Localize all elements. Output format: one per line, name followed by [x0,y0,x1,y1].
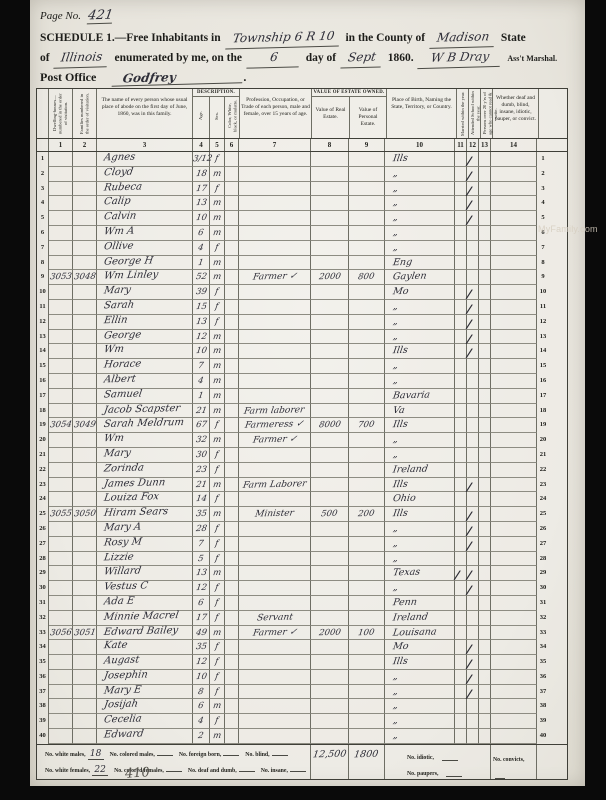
cannot-read-cell [479,463,491,478]
name-cell: Edward [97,729,193,744]
family-number-cell [73,448,97,463]
deaf-dumb-cell [491,552,537,567]
real-estate-cell [311,729,349,744]
of-label: of [40,52,50,64]
deaf-dumb-cell [491,714,537,729]
sex-cell: f [210,241,225,256]
page-number-line: Page No. 421 [40,8,576,24]
row-number-right: 2 [537,167,549,182]
census-row: 6 Wm A 6 m „ 6 [37,226,567,241]
school-check-cell: / [467,640,479,655]
census-row: 18 Jacob Scapster 21 m Farm laborer Va 1… [37,404,567,419]
married-check-cell [455,344,467,359]
family-number-cell [73,685,97,700]
row-number-left: 15 [37,359,49,374]
birthplace-cell: „ [385,196,455,211]
sex-cell: m [210,211,225,226]
deaf-dumb-label: No. deaf and dumb, [188,768,237,774]
color-cell [225,596,239,611]
family-number-cell [73,492,97,507]
census-row: 13 George 12 m „ / 13 [37,330,567,345]
foreign-born-label: No. foreign born, [179,752,221,758]
footer-line-2: No. white females,22 No. colored females… [45,763,308,777]
family-number-cell [73,433,97,448]
insane-label: No. insane, [261,768,288,774]
col-header-profession: Profession, Occupation, or Trade of each… [240,89,312,138]
occupation-cell [239,167,311,182]
cannot-read-cell [479,522,491,537]
dwelling-number-cell [49,581,73,596]
school-check-cell [467,626,479,641]
color-cell [225,152,239,167]
cannot-read-cell [479,478,491,493]
married-check-cell [455,670,467,685]
name-cell: Vestus C [97,581,193,596]
cannot-read-cell [479,640,491,655]
occupation-cell [239,537,311,552]
sex-cell: f [210,537,225,552]
birthplace-cell: „ [385,167,455,182]
row-number-right: 3 [537,182,549,197]
sex-cell: m [210,226,225,241]
name-cell: Albert [97,374,193,389]
real-estate-cell [311,256,349,271]
deaf-dumb-cell [491,344,537,359]
school-check-cell [467,611,479,626]
row-number-right: 30 [537,581,549,596]
sex-cell: f [210,552,225,567]
name-cell: Wm [97,344,193,359]
dwelling-number-cell [49,552,73,567]
family-number-cell [73,389,97,404]
row-number-gutter-right-header [539,89,551,138]
insane-value [290,771,306,772]
census-row: 11 Sarah 15 f „ / 11 [37,300,567,315]
school-check-cell: / [467,522,479,537]
color-cell [225,182,239,197]
census-row: 28 Lizzie 5 f „ 28 [37,552,567,567]
dwelling-number-cell [49,374,73,389]
married-check-cell: / [455,566,467,581]
real-estate-total: 12,500 [311,745,349,779]
deaf-dumb-cell [491,685,537,700]
personal-estate-cell [349,152,385,167]
sex-cell: f [210,670,225,685]
family-number-cell [73,404,97,419]
cannot-read-cell [479,507,491,522]
census-row: 27 Rosy M 7 f „ / 27 [37,537,567,552]
row-number-right: 34 [537,640,549,655]
census-row: 24 Louiza Fox 14 f Ohio 24 [37,492,567,507]
schedule-title-line: SCHEDULE 1.—Free Inhabitants in Township… [40,28,576,68]
col-num-3: 3 [97,139,193,151]
real-estate-cell [311,404,349,419]
row-number-right: 16 [537,374,549,389]
school-check-cell: / [467,507,479,522]
age-cell: 2 [193,729,210,744]
birthplace-cell: Penn [385,596,455,611]
color-cell [225,359,239,374]
color-cell [225,433,239,448]
convicts-value [495,778,505,779]
personal-estate-cell [349,285,385,300]
sex-cell: f [210,640,225,655]
cannot-read-cell [479,152,491,167]
family-number-cell [73,463,97,478]
birthplace-cell: Va [385,404,455,419]
name-cell: Sarah [97,300,193,315]
census-row: 17 Samuel 1 m Bavaria 17 [37,389,567,404]
occupation-cell [239,655,311,670]
married-check-cell [455,729,467,744]
day-handwritten: 6 [246,47,301,68]
deaf-dumb-cell [491,374,537,389]
school-check-cell: / [467,152,479,167]
family-number-cell: 3049 [73,418,97,433]
census-row: 23 James Dunn 21 m Farm Laborer Ills / 2… [37,478,567,493]
blind-label: No. blind, [245,752,269,758]
married-check-cell [455,522,467,537]
school-check-cell [467,256,479,271]
name-cell: Calvin [97,211,193,226]
census-row: 25 3055 3050 Hiram Sears 35 m Minister 5… [37,507,567,522]
personal-estate-cell [349,448,385,463]
occupation-cell [239,285,311,300]
col-num-4: 4 [193,139,210,151]
deaf-dumb-cell [491,448,537,463]
occupation-cell [239,374,311,389]
sex-cell: m [210,167,225,182]
cannot-read-cell [479,448,491,463]
birthplace-cell: „ [385,552,455,567]
row-number-right: 19 [537,418,549,433]
census-row: 26 Mary A 28 f „ / 26 [37,522,567,537]
col-header-dwelling: Dwelling-houses— numbered in the order o… [49,89,73,138]
sex-cell: f [210,182,225,197]
school-check-cell: / [467,581,479,596]
sex-cell: f [210,418,225,433]
age-cell: 13 [193,315,210,330]
census-row: 7 Ollive 4 f „ 7 [37,241,567,256]
census-row: 29 Willard 13 m Texas / / 29 [37,566,567,581]
white-females-value: 22 [92,766,108,776]
row-number-left: 12 [37,315,49,330]
family-number-cell: 3050 [73,507,97,522]
occupation-cell: Farmer ✓ [239,270,311,285]
family-number-cell [73,640,97,655]
name-cell: Rosy M [97,537,193,552]
row-number-right: 25 [537,507,549,522]
married-check-cell [455,374,467,389]
census-row: 32 Minnie Macrel 17 f Servant Ireland 32 [37,611,567,626]
dwelling-number-cell [49,330,73,345]
dwelling-number-cell [49,300,73,315]
color-cell [225,463,239,478]
sex-cell: f [210,463,225,478]
school-check-cell: / [467,211,479,226]
school-check-cell [467,389,479,404]
birthplace-cell: Mo [385,285,455,300]
row-number-right: 7 [537,241,549,256]
name-cell: Kate [97,640,193,655]
sex-cell: f [210,714,225,729]
age-cell: 35 [193,640,210,655]
birthplace-cell: „ [385,670,455,685]
scan-black-border-right [585,0,606,800]
occupation-cell [239,300,311,315]
day-of-label: day of [306,52,336,64]
birthplace-cell: Ohio [385,492,455,507]
color-cell [225,226,239,241]
cannot-read-cell [479,581,491,596]
dwelling-number-cell [49,315,73,330]
township-handwritten: Township 6 R 10 [225,27,342,50]
colored-males-value [157,755,173,756]
personal-estate-cell [349,655,385,670]
personal-estate-cell [349,211,385,226]
row-number-left: 16 [37,374,49,389]
occupation-cell: Farm Laborer [239,478,311,493]
footer-tallies-left: No. white males,18 No. colored males, No… [37,745,311,779]
colored-females-value [166,771,182,772]
row-number-left: 11 [37,300,49,315]
sex-cell: f [210,492,225,507]
col-header-personal-estate: Value of Personal Estate. [350,97,386,138]
row-number-right: 18 [537,404,549,419]
real-estate-cell [311,359,349,374]
scan-black-border-bottom [0,786,606,800]
age-cell: 12 [193,581,210,596]
occupation-cell: Farmer ✓ [239,433,311,448]
row-number-left: 36 [37,670,49,685]
sex-cell: f [210,581,225,596]
married-check-cell [455,596,467,611]
color-cell [225,285,239,300]
real-estate-cell [311,285,349,300]
dwelling-number-cell [49,389,73,404]
personal-estate-cell [349,492,385,507]
age-cell: 4 [193,241,210,256]
occupation-cell: Farmer ✓ [239,626,311,641]
real-estate-cell [311,552,349,567]
school-check-cell: / [467,167,479,182]
real-estate-cell [311,566,349,581]
birthplace-cell: Ills [385,507,455,522]
color-cell [225,315,239,330]
real-estate-cell [311,330,349,345]
real-estate-cell: 2000 [311,270,349,285]
footer-gutter-right [537,745,549,779]
personal-estate-cell [349,729,385,744]
personal-estate-cell [349,685,385,700]
sex-cell: f [210,596,225,611]
cannot-read-cell [479,418,491,433]
name-cell: Louiza Fox [97,492,193,507]
married-check-cell [455,552,467,567]
name-cell: Cloyd [97,167,193,182]
occupation-cell [239,315,311,330]
row-number-left: 1 [37,152,49,167]
row-number-left: 6 [37,226,49,241]
married-check-cell [455,256,467,271]
table-header: Dwelling-houses— numbered in the order o… [37,89,567,139]
color-cell [225,404,239,419]
sex-cell: f [210,611,225,626]
state-label: State [501,32,526,44]
cannot-read-cell [479,611,491,626]
name-cell: George H [97,256,193,271]
real-estate-cell [311,714,349,729]
personal-estate-cell [349,182,385,197]
real-estate-cell [311,463,349,478]
cannot-read-cell [479,182,491,197]
real-estate-cell [311,196,349,211]
deaf-dumb-cell [491,389,537,404]
col-header-name: The name of every person whose usual pla… [97,89,193,138]
birthplace-cell: Louisana [385,626,455,641]
census-row: 33 3056 3051 Edward Bailey 49 m Farmer ✓… [37,626,567,641]
row-number-right: 14 [537,344,549,359]
description-group: Description. Age. Sex. Color, White, bla… [193,89,240,138]
row-number-left: 27 [37,537,49,552]
cannot-read-cell [479,433,491,448]
row-number-right: 10 [537,285,549,300]
row-number-right: 15 [537,359,549,374]
name-cell: Wm A [97,226,193,241]
row-number-left: 9 [37,270,49,285]
married-check-cell [455,507,467,522]
family-number-cell [73,374,97,389]
birthplace-cell: Ills [385,418,455,433]
sex-cell: f [210,448,225,463]
dwelling-number-cell [49,714,73,729]
page-number-value: 421 [86,8,113,25]
deaf-dumb-cell [491,699,537,714]
real-estate-cell [311,611,349,626]
color-cell [225,507,239,522]
dwelling-number-cell [49,566,73,581]
married-check-cell [455,389,467,404]
deaf-dumb-cell [491,285,537,300]
color-cell [225,448,239,463]
enumerated-label: enumerated by me, on the [115,52,242,64]
color-cell [225,374,239,389]
color-cell [225,699,239,714]
family-number-cell [73,315,97,330]
birthplace-cell: „ [385,359,455,374]
sex-cell: m [210,359,225,374]
real-estate-cell [311,211,349,226]
col-header-deaf-dumb: Whether deaf and dumb, blind, insane, id… [493,89,539,138]
married-check-cell [455,315,467,330]
marshal-title-label: Ass't Marshal. [507,54,557,63]
deaf-dumb-cell [491,492,537,507]
age-cell: 4 [193,374,210,389]
dwelling-number-cell [49,611,73,626]
state-handwritten: Illinois [54,47,110,68]
age-cell: 10 [193,344,210,359]
row-number-right: 4 [537,196,549,211]
deaf-dumb-cell [491,670,537,685]
col-header-age: Age. [193,97,210,138]
census-row: 21 Mary 30 f „ 21 [37,448,567,463]
school-check-cell: / [467,670,479,685]
col-num-6: 6 [225,139,239,151]
family-number-cell [73,344,97,359]
married-check-cell [455,655,467,670]
real-estate-cell [311,670,349,685]
school-check-cell [467,418,479,433]
age-cell: 49 [193,626,210,641]
occupation-cell [239,448,311,463]
color-cell [225,552,239,567]
table-body: 1 Agnes 3/12 f Ills / 1 2 Cloy [37,152,567,744]
married-check-cell [455,699,467,714]
row-number-left: 3 [37,182,49,197]
real-estate-cell [311,581,349,596]
cannot-read-cell [479,655,491,670]
row-number-right: 17 [537,389,549,404]
age-cell: 15 [193,300,210,315]
cannot-read-cell [479,626,491,641]
real-estate-cell [311,344,349,359]
post-office-handwritten: Godfrey [112,68,245,86]
married-check-cell [455,626,467,641]
married-check-cell [455,418,467,433]
age-cell: 6 [193,699,210,714]
age-cell: 13 [193,566,210,581]
census-row: 35 Augast 12 f Ills / 35 [37,655,567,670]
personal-estate-cell [349,315,385,330]
cannot-read-cell [479,729,491,744]
row-number-left: 35 [37,655,49,670]
real-estate-cell [311,167,349,182]
married-check-cell [455,196,467,211]
cannot-read-cell [479,241,491,256]
row-number-left: 10 [37,285,49,300]
color-cell [225,330,239,345]
cannot-read-cell [479,211,491,226]
post-office-line: Post Office Godfrey. [40,70,576,85]
cannot-read-cell [479,492,491,507]
married-check-cell [455,330,467,345]
sex-cell: f [210,152,225,167]
dwelling-number-cell [49,152,73,167]
sex-cell: m [210,729,225,744]
dwelling-number-cell [49,359,73,374]
deaf-dumb-cell [491,182,537,197]
school-check-cell: / [467,285,479,300]
personal-estate-cell [349,640,385,655]
married-check-cell [455,359,467,374]
row-number-right: 32 [537,611,549,626]
sex-cell: f [210,685,225,700]
personal-estate-cell [349,611,385,626]
deaf-dumb-cell [491,566,537,581]
name-cell: Wm Linley [97,270,193,285]
row-number-right: 24 [537,492,549,507]
name-cell: Rubeca [97,182,193,197]
age-cell: 6 [193,596,210,611]
school-check-cell [467,463,479,478]
family-number-cell: 3051 [73,626,97,641]
personal-estate-cell [349,167,385,182]
birthplace-cell: „ [385,211,455,226]
schedule-title: SCHEDULE 1.—Free Inhabitants in [40,32,221,44]
married-check-cell [455,167,467,182]
sex-cell: m [210,566,225,581]
married-check-cell [455,463,467,478]
